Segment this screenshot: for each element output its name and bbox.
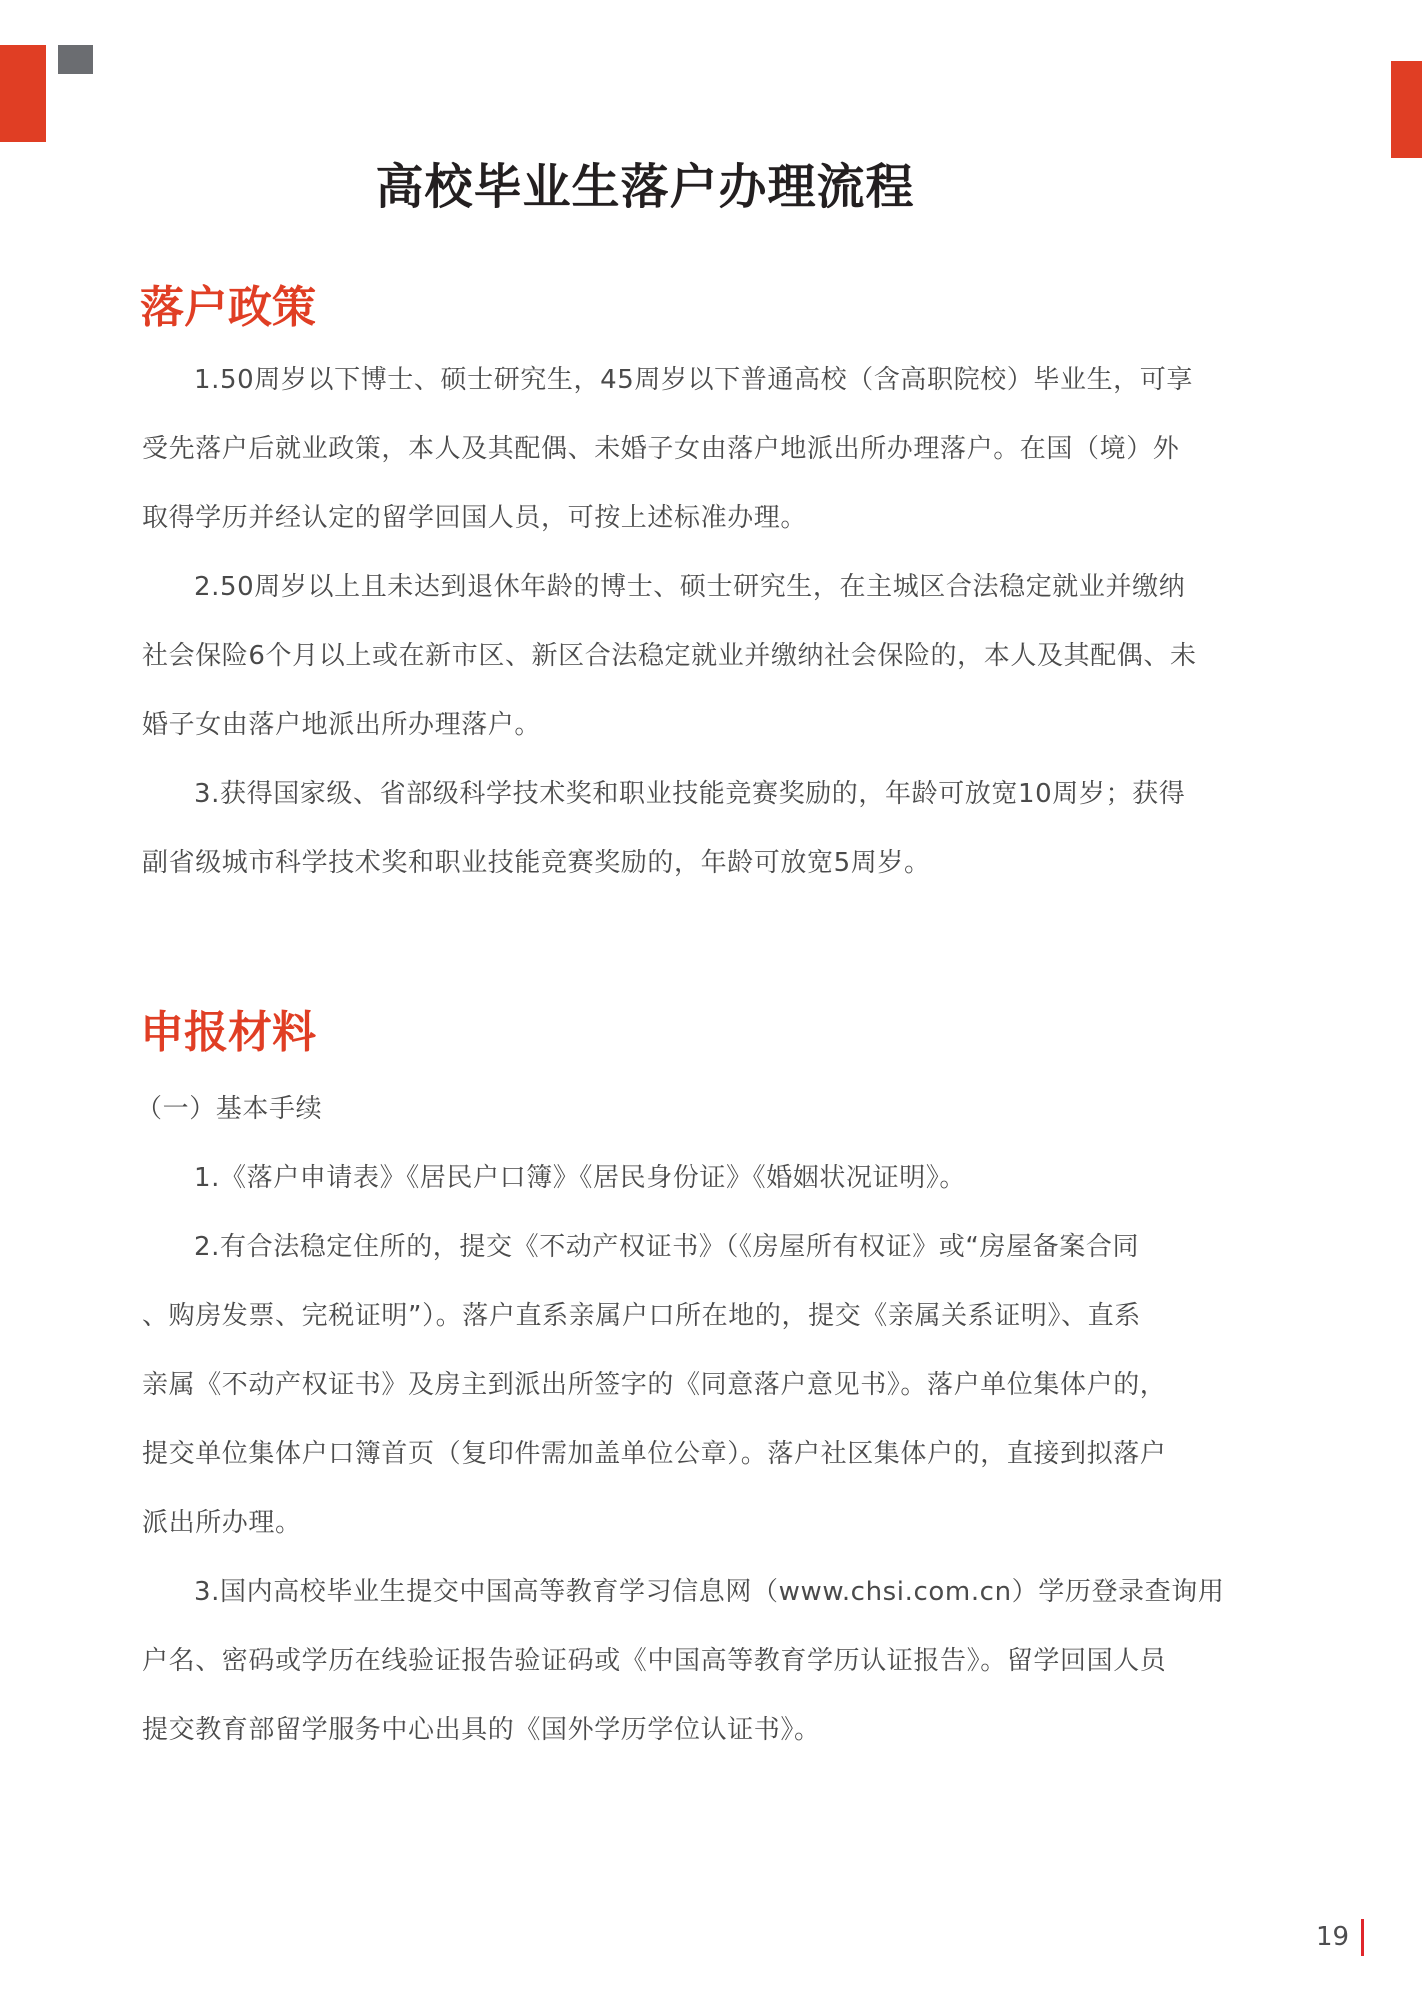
paragraph-line: 1.50周岁以下博士、硕士研究生，45周岁以下普通高校（含高职院校）毕业生，可享 <box>142 346 1262 415</box>
paragraph-line: 1.《落户申请表》《居民户口簿》《居民身份证》《婚姻状况证明》。 <box>142 1144 1262 1213</box>
paragraph-line: 2.有合法稳定住所的，提交《不动产权证书》（《房屋所有权证》或“房屋备案合同 <box>142 1213 1262 1282</box>
left-accent-bar <box>0 45 46 142</box>
materials-body: （一）基本手续 1.《落户申请表》《居民户口簿》《居民身份证》《婚姻状况证明》。… <box>142 1075 1262 1765</box>
policy-body: 1.50周岁以下博士、硕士研究生，45周岁以下普通高校（含高职院校）毕业生，可享… <box>142 346 1262 898</box>
paragraph-line: 3.获得国家级、省部级科学技术奖和职业技能竞赛奖励的，年龄可放宽10周岁；获得 <box>142 760 1262 829</box>
paragraph-line: 社会保险6个月以上或在新市区、新区合法稳定就业并缴纳社会保险的，本人及其配偶、未 <box>142 622 1262 691</box>
section-heading-policy: 落户政策 <box>140 280 316 336</box>
gray-accent-square <box>58 45 93 74</box>
page-number-rule <box>1361 1919 1364 1956</box>
page-number: 19 <box>1316 1920 1349 1954</box>
paragraph-line: 、购房发票、完税证明”）。落户直系亲属户口所在地的，提交《亲属关系证明》、直系 <box>142 1282 1262 1351</box>
paragraph-line: 婚子女由落户地派出所办理落户。 <box>142 691 1262 760</box>
paragraph-line: 受先落户后就业政策，本人及其配偶、未婚子女由落户地派出所办理落户。在国（境）外 <box>142 415 1262 484</box>
subheading-basic-procedures: （一）基本手续 <box>136 1075 1262 1144</box>
right-accent-bar <box>1391 61 1422 158</box>
paragraph-line: 取得学历并经认定的留学回国人员，可按上述标准办理。 <box>142 484 1262 553</box>
paragraph-line: 亲属《不动产权证书》及房主到派出所签字的《同意落户意见书》。落户单位集体户的， <box>142 1351 1262 1420</box>
section-heading-materials: 申报材料 <box>140 1005 316 1061</box>
paragraph-line: 派出所办理。 <box>142 1489 1262 1558</box>
paragraph-line: 2.50周岁以上且未达到退休年龄的博士、硕士研究生，在主城区合法稳定就业并缴纳 <box>142 553 1262 622</box>
paragraph-line: 提交单位集体户口簿首页（复印件需加盖单位公章）。落户社区集体户的，直接到拟落户 <box>142 1420 1262 1489</box>
page-title: 高校毕业生落户办理流程 <box>0 155 1290 219</box>
paragraph-line: 副省级城市科学技术奖和职业技能竞赛奖励的，年龄可放宽5周岁。 <box>142 829 1262 898</box>
paragraph-line: 户名、密码或学历在线验证报告验证码或《中国高等教育学历认证报告》。留学回国人员 <box>142 1627 1262 1696</box>
paragraph-line: 提交教育部留学服务中心出具的《国外学历学位认证书》。 <box>142 1696 1262 1765</box>
paragraph-line: 3.国内高校毕业生提交中国高等教育学习信息网（www.chsi.com.cn）学… <box>142 1558 1262 1627</box>
